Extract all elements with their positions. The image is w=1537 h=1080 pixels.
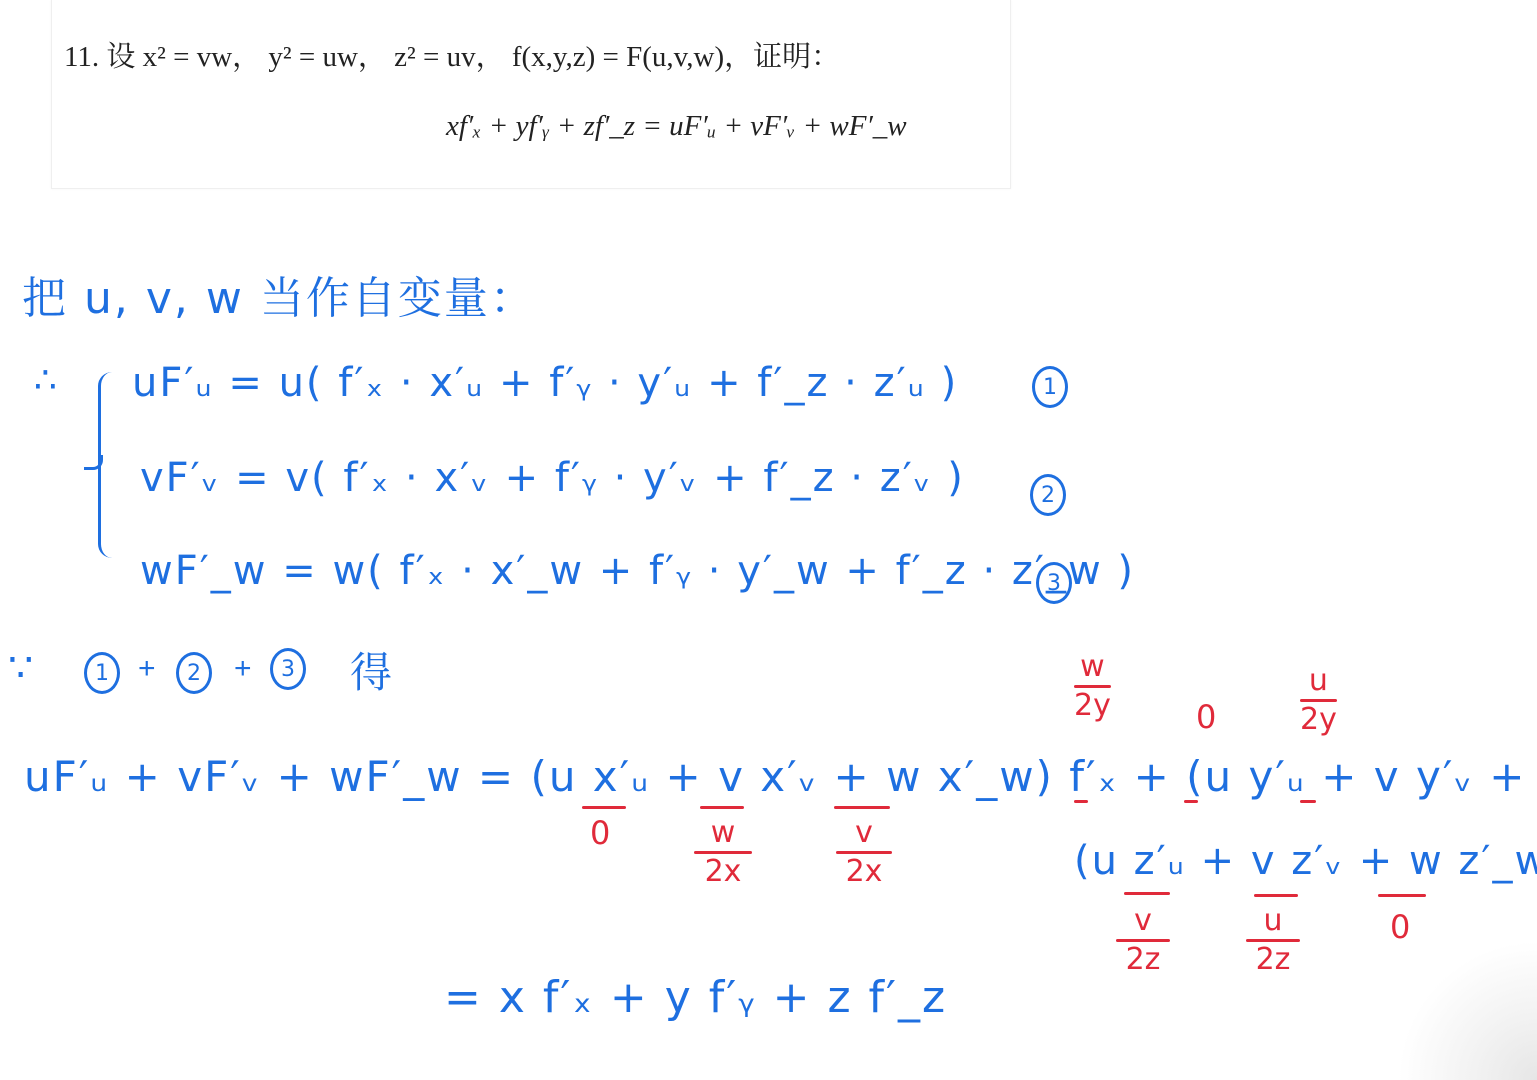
equation-2: vF′ᵥ = v( f′ₓ · x′ᵥ + f′ᵧ · y′ᵥ + f′_z ·… (140, 455, 965, 501)
annotation-z-v: u 2z (1246, 906, 1300, 975)
underline-y-w (1300, 800, 1316, 803)
sum-tag-1: 1 (84, 652, 120, 694)
underline-y-u (1074, 800, 1088, 803)
sum-tag-3: 3 (270, 648, 306, 690)
frac-den: 2x (705, 857, 742, 887)
annotation-x-u: 0 (590, 814, 610, 852)
annotation-y-u: w 2y (1074, 652, 1111, 721)
equation-1: uF′ᵤ = u( f′ₓ · x′ᵤ + f′ᵧ · y′ᵤ + f′_z ·… (132, 360, 958, 406)
sum-plus-1: + (138, 652, 156, 686)
frac-den: 2z (1256, 945, 1291, 975)
frac-num: u (1263, 906, 1282, 936)
sum-tag-2: 2 (176, 652, 212, 694)
frac-num: u (1309, 666, 1328, 696)
underline-x-v (700, 806, 744, 809)
system-brace (98, 372, 123, 558)
frac-num: v (855, 818, 873, 848)
underline-y-v (1184, 800, 1198, 803)
annotation-y-v: 0 (1196, 698, 1216, 736)
frac-den: 2x (846, 857, 883, 887)
underline-z-v (1254, 894, 1298, 897)
page-corner-shadow (1397, 940, 1537, 1080)
equation-tag-1: 1 (1032, 366, 1068, 408)
sum-plus-2: + (234, 652, 252, 686)
underline-x-w (834, 806, 890, 809)
intro-note: 把 u, v, w 当作自变量： (22, 262, 536, 326)
underline-x-u (582, 806, 626, 809)
equation-tag-3: 3 (1036, 562, 1072, 604)
annotation-z-u: v 2z (1116, 906, 1170, 975)
frac-num: w (1080, 652, 1105, 682)
frac-den: 2y (1300, 705, 1337, 735)
continuation-equation: (u z′ᵤ + v z′ᵥ + w z′_w) f′_w (1074, 838, 1537, 884)
problem-given: 11. 设 x² = vw， y² = uw， z² = uv， f(x,y,z… (64, 34, 840, 75)
annotation-z-w: 0 (1390, 908, 1410, 946)
underline-z-u (1124, 892, 1170, 895)
problem-statement: 11. 设 x² = vw， y² = uw， z² = uv， f(x,y,z… (51, 0, 1011, 189)
equation-tag-2: 2 (1030, 474, 1066, 516)
equation-3: wF′_w = w( f′ₓ · x′_w + f′ᵧ · y′_w + f′_… (140, 548, 1135, 594)
frac-den: 2z (1126, 945, 1161, 975)
therefore-symbol: ∴ (34, 360, 59, 401)
annotation-x-w: v 2x (836, 818, 892, 887)
annotation-x-v: w 2x (694, 818, 752, 887)
problem-to-prove: xf′ₓ + yf′ᵧ + zf′_z = uF′ᵤ + vF′ᵥ + wF′_… (446, 110, 907, 143)
obtain-word: 得 (350, 640, 394, 700)
annotation-y-w: u 2y (1300, 666, 1337, 735)
because-symbol: ∵ (8, 645, 35, 691)
final-result: = x f′ₓ + y f′ᵧ + z f′_z (444, 972, 947, 1023)
frac-num: w (711, 818, 736, 848)
underline-z-w (1378, 894, 1426, 897)
frac-num: v (1134, 906, 1152, 936)
summed-equation: uF′ᵤ + vF′ᵥ + wF′_w = (u x′ᵤ + v x′ᵥ + w… (24, 752, 1537, 801)
frac-den: 2y (1074, 691, 1111, 721)
